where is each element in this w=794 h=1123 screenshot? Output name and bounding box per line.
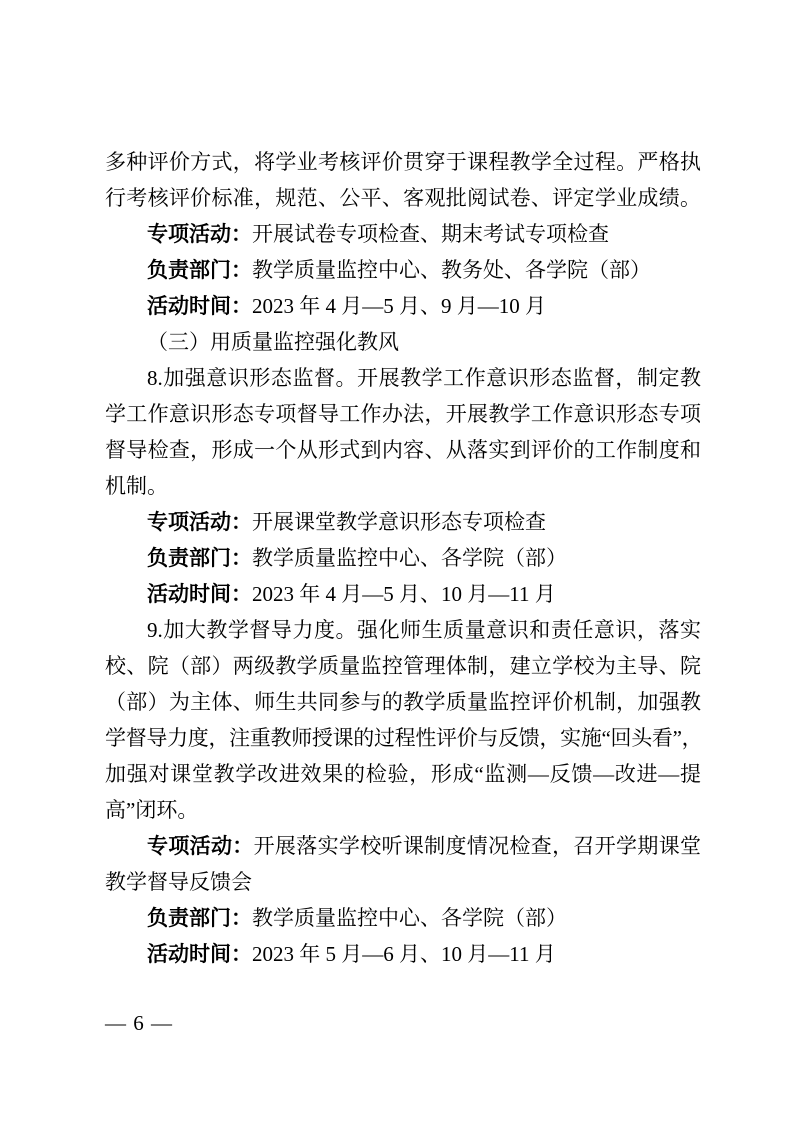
body-line: 加强对课堂教学改进效果的检验，形成“监测—反馈—改进—提 bbox=[105, 756, 701, 792]
field-label: 专项活动： bbox=[147, 511, 252, 534]
body-line: 学督导力度，注重教师授课的过程性评价与反馈，实施“回头看”， bbox=[105, 720, 701, 756]
body-line: 督导检查，形成一个从形式到内容、从落实到评价的工作制度和 bbox=[105, 432, 701, 468]
special-activity-line: 专项活动：开展课堂教学意识形态专项检查 bbox=[105, 504, 701, 540]
special-activity-line: 专项活动：开展试卷专项检查、期末考试专项检查 bbox=[105, 216, 701, 252]
field-label: 负责部门： bbox=[147, 259, 252, 282]
body-line: 8.加强意识形态监督。开展教学工作意识形态监督，制定教 bbox=[105, 360, 701, 396]
field-label: 专项活动： bbox=[147, 223, 252, 246]
document-page: 多种评价方式，将学业考核评价贯穿于课程教学全过程。严格执行考核评价标准，规范、公… bbox=[0, 0, 794, 1123]
field-value: 2023 年 5 月—6 月、10 月—11 月 bbox=[252, 942, 556, 966]
field-value: 2023 年 4 月—5 月、9 月—10 月 bbox=[252, 294, 546, 318]
document-body: 多种评价方式，将学业考核评价贯穿于课程教学全过程。严格执行考核评价标准，规范、公… bbox=[105, 144, 701, 972]
body-line: 机制。 bbox=[105, 468, 701, 504]
field-value: 教学质量监控中心、教务处、各学院（部） bbox=[252, 258, 651, 282]
responsible-dept-line: 负责部门：教学质量监控中心、各学院（部） bbox=[105, 900, 701, 936]
field-value: 开展课堂教学意识形态专项检查 bbox=[252, 510, 546, 534]
page-number: — 6 — bbox=[105, 1010, 173, 1036]
body-line: 教学督导反馈会 bbox=[105, 864, 701, 900]
responsible-dept-line: 负责部门：教学质量监控中心、各学院（部） bbox=[105, 540, 701, 576]
responsible-dept-line: 负责部门：教学质量监控中心、教务处、各学院（部） bbox=[105, 252, 701, 288]
body-line: 行考核评价标准，规范、公平、客观批阅试卷、评定学业成绩。 bbox=[105, 180, 701, 216]
field-label: 专项活动： bbox=[147, 835, 254, 858]
field-value: 开展试卷专项检查、期末考试专项检查 bbox=[252, 222, 609, 246]
field-value: 2023 年 4 月—5 月、10 月—11 月 bbox=[252, 582, 556, 606]
section-heading: （三）用质量监控强化教风 bbox=[105, 324, 701, 360]
activity-time-line: 活动时间：2023 年 4 月—5 月、9 月—10 月 bbox=[105, 288, 701, 324]
field-value: 开展落实学校听课制度情况检查，召开学期课堂 bbox=[254, 834, 701, 858]
activity-time-line: 活动时间：2023 年 5 月—6 月、10 月—11 月 bbox=[105, 936, 701, 972]
field-label: 负责部门： bbox=[147, 547, 252, 570]
field-value: 教学质量监控中心、各学院（部） bbox=[252, 906, 567, 930]
activity-time-line: 活动时间：2023 年 4 月—5 月、10 月—11 月 bbox=[105, 576, 701, 612]
body-line: 多种评价方式，将学业考核评价贯穿于课程教学全过程。严格执 bbox=[105, 144, 701, 180]
field-label: 活动时间： bbox=[147, 943, 252, 966]
body-line: 高”闭环。 bbox=[105, 792, 701, 828]
body-line: （部）为主体、师生共同参与的教学质量监控评价机制，加强教 bbox=[105, 684, 701, 720]
body-line: 校、院（部）两级教学质量监控管理体制，建立学校为主导、院 bbox=[105, 648, 701, 684]
field-label: 活动时间： bbox=[147, 295, 252, 318]
field-label: 负责部门： bbox=[147, 907, 252, 930]
body-line: 9.加大教学督导力度。强化师生质量意识和责任意识，落实 bbox=[105, 612, 701, 648]
body-line: 学工作意识形态专项督导工作办法，开展教学工作意识形态专项 bbox=[105, 396, 701, 432]
field-label: 活动时间： bbox=[147, 583, 252, 606]
special-activity-line: 专项活动：开展落实学校听课制度情况检查，召开学期课堂 bbox=[105, 828, 701, 864]
field-value: 教学质量监控中心、各学院（部） bbox=[252, 546, 567, 570]
